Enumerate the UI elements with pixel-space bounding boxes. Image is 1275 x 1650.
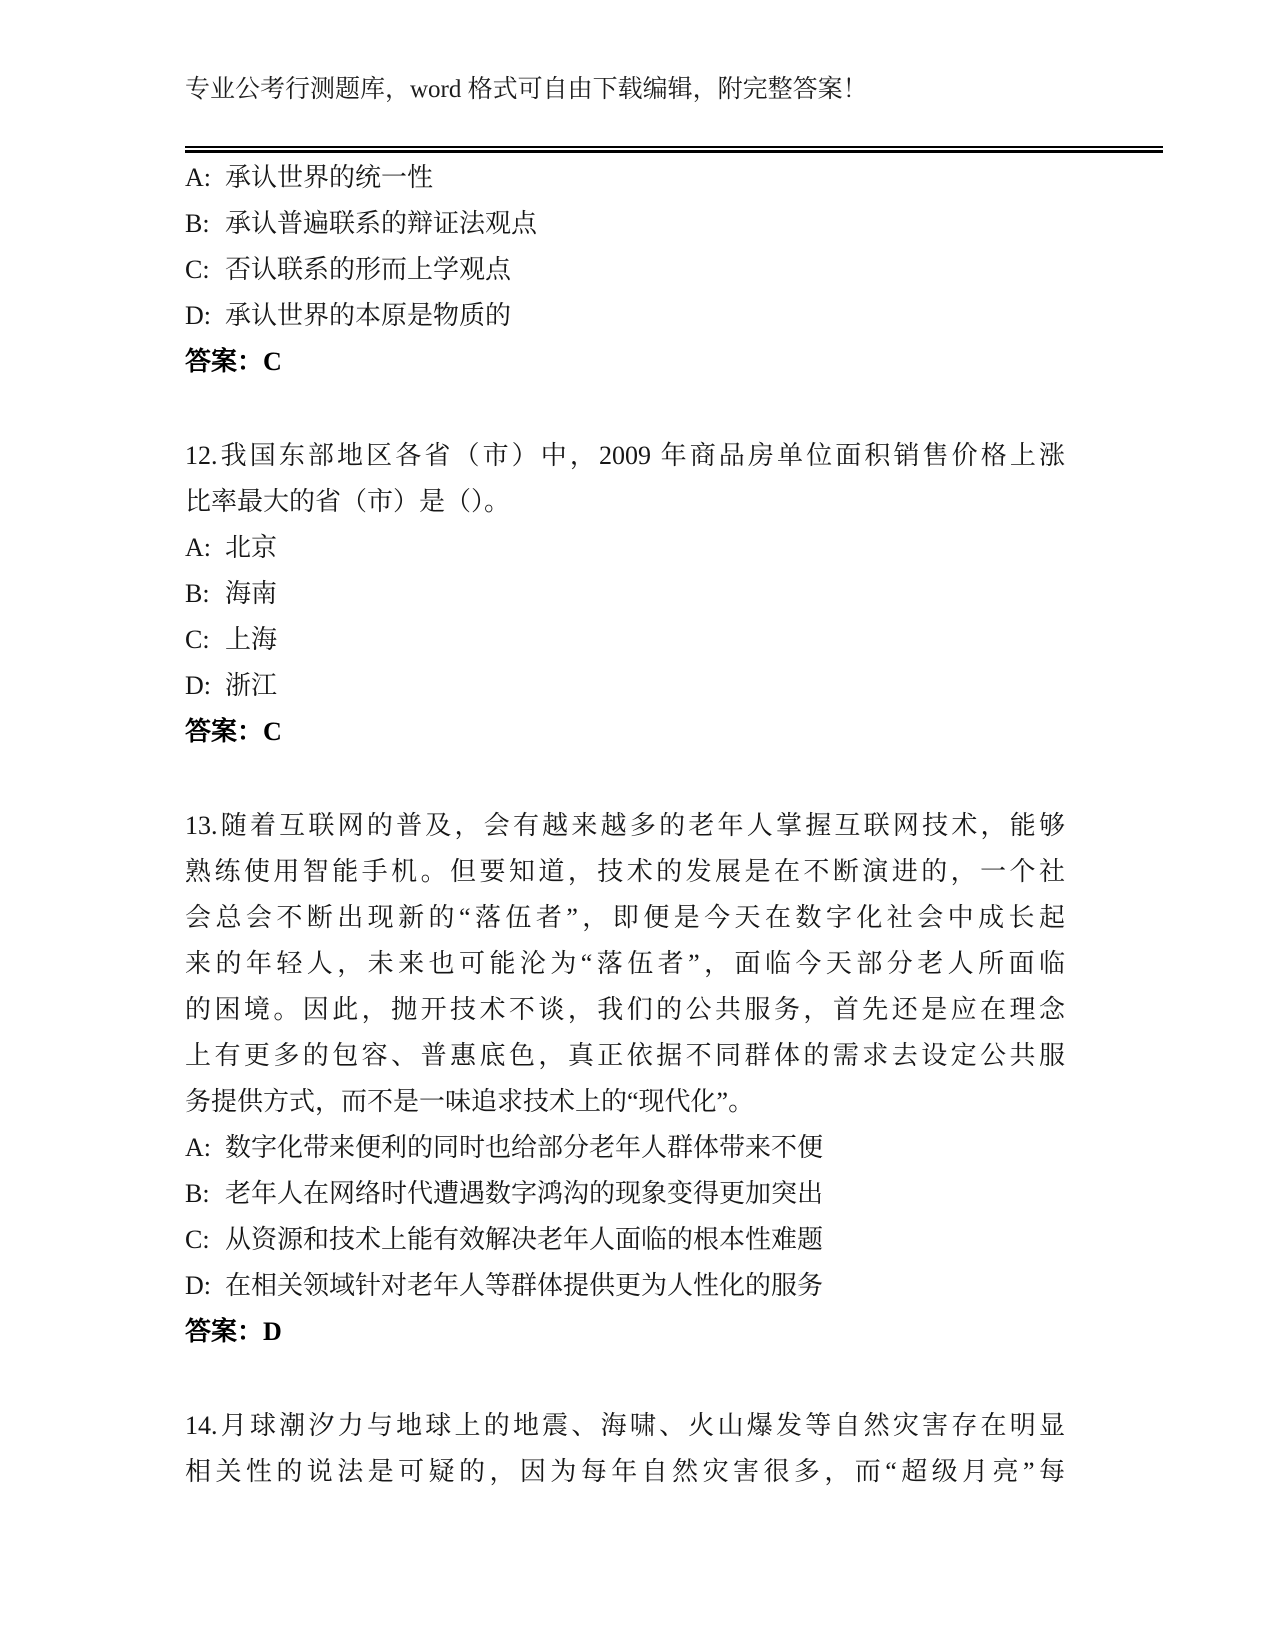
question-text-line: 12.我国东部地区各省（市）中，2009 年商品房单位面积销售价格上涨 xyxy=(185,433,1065,479)
question-block: 12.我国东部地区各省（市）中，2009 年商品房单位面积销售价格上涨比率最大的… xyxy=(185,433,1065,755)
option-text: 否认联系的形而上学观点 xyxy=(225,255,511,284)
answer-label: 答案： xyxy=(185,347,263,376)
question-text-line: 熟练使用智能手机。但要知道，技术的发展是在不断演进的，一个社 xyxy=(185,849,1065,895)
option-label: C: xyxy=(185,1217,211,1263)
option-text: 上海 xyxy=(225,625,277,654)
question-text-line: 13.随着互联网的普及，会有越来越多的老年人掌握互联网技术，能够 xyxy=(185,803,1065,849)
option-text: 老年人在网络时代遭遇数字鸿沟的现象变得更加突出 xyxy=(225,1179,823,1208)
option-row: D:在相关领域针对老年人等群体提供更为人性化的服务 xyxy=(185,1263,1065,1309)
document-page: 专业公考行测题库，word 格式可自由下载编辑，附完整答案！ A:承认世界的统一… xyxy=(0,0,1275,1650)
option-label: D: xyxy=(185,293,211,339)
option-text: 海南 xyxy=(225,579,277,608)
option-row: C:否认联系的形而上学观点 xyxy=(185,247,1065,293)
option-label: A: xyxy=(185,155,211,201)
option-text: 承认世界的本原是物质的 xyxy=(225,301,511,330)
answer-value: C xyxy=(263,717,282,746)
option-text: 从资源和技术上能有效解决老年人面临的根本性难题 xyxy=(225,1225,823,1254)
answer-row: 答案：D xyxy=(185,1309,1065,1355)
option-row: A:承认世界的统一性 xyxy=(185,155,1065,201)
option-row: D:承认世界的本原是物质的 xyxy=(185,293,1065,339)
option-text: 在相关领域针对老年人等群体提供更为人性化的服务 xyxy=(225,1271,823,1300)
option-text: 承认世界的统一性 xyxy=(225,163,433,192)
option-text: 北京 xyxy=(225,533,277,562)
question-text-line: 上有更多的包容、普惠底色，真正依据不同群体的需求去设定公共服 xyxy=(185,1033,1065,1079)
page-header-text: 专业公考行测题库，word 格式可自由下载编辑，附完整答案！ xyxy=(185,0,1065,106)
option-text: 浙江 xyxy=(225,671,277,700)
answer-label: 答案： xyxy=(185,717,263,746)
answer-value: D xyxy=(263,1317,282,1346)
option-label: C: xyxy=(185,247,211,293)
option-row: A:数字化带来便利的同时也给部分老年人群体带来不便 xyxy=(185,1125,1065,1171)
option-row: B:老年人在网络时代遭遇数字鸿沟的现象变得更加突出 xyxy=(185,1171,1065,1217)
option-label: A: xyxy=(185,525,211,571)
option-text: 数字化带来便利的同时也给部分老年人群体带来不便 xyxy=(225,1133,823,1162)
option-label: B: xyxy=(185,1171,211,1217)
option-label: D: xyxy=(185,1263,211,1309)
header-divider xyxy=(185,146,1163,153)
option-label: B: xyxy=(185,571,211,617)
question-text-line: 的困境。因此，抛开技术不谈，我们的公共服务，首先还是应在理念 xyxy=(185,987,1065,1033)
answer-row: 答案：C xyxy=(185,339,1065,385)
answer-value: C xyxy=(263,347,282,376)
question-text-line: 相关性的说法是可疑的，因为每年自然灾害很多，而“超级月亮”每 xyxy=(185,1449,1065,1495)
question-block: 13.随着互联网的普及，会有越来越多的老年人掌握互联网技术，能够熟练使用智能手机… xyxy=(185,803,1065,1355)
option-row: A:北京 xyxy=(185,525,1065,571)
question-text-line: 会总会不断出现新的“落伍者”，即便是今天在数字化社会中成长起 xyxy=(185,895,1065,941)
option-row: C:上海 xyxy=(185,617,1065,663)
option-label: D: xyxy=(185,663,211,709)
question-text-line: 14.月球潮汐力与地球上的地震、海啸、火山爆发等自然灾害存在明显 xyxy=(185,1403,1065,1449)
option-label: A: xyxy=(185,1125,211,1171)
option-text: 承认普遍联系的辩证法观点 xyxy=(225,209,537,238)
answer-label: 答案： xyxy=(185,1317,263,1346)
question-block: A:承认世界的统一性B:承认普遍联系的辩证法观点C:否认联系的形而上学观点D:承… xyxy=(185,155,1065,385)
question-block: 14.月球潮汐力与地球上的地震、海啸、火山爆发等自然灾害存在明显相关性的说法是可… xyxy=(185,1403,1065,1495)
option-row: B:海南 xyxy=(185,571,1065,617)
option-row: D:浙江 xyxy=(185,663,1065,709)
question-text-line: 务提供方式，而不是一味追求技术上的“现代化”。 xyxy=(185,1079,1065,1125)
document-body: A:承认世界的统一性B:承认普遍联系的辩证法观点C:否认联系的形而上学观点D:承… xyxy=(185,153,1065,1495)
option-row: B:承认普遍联系的辩证法观点 xyxy=(185,201,1065,247)
question-text-line: 来的年轻人，未来也可能沦为“落伍者”，面临今天部分老人所面临 xyxy=(185,941,1065,987)
option-row: C:从资源和技术上能有效解决老年人面临的根本性难题 xyxy=(185,1217,1065,1263)
option-label: B: xyxy=(185,201,211,247)
option-label: C: xyxy=(185,617,211,663)
answer-row: 答案：C xyxy=(185,709,1065,755)
question-text-line: 比率最大的省（市）是（）。 xyxy=(185,479,1065,525)
